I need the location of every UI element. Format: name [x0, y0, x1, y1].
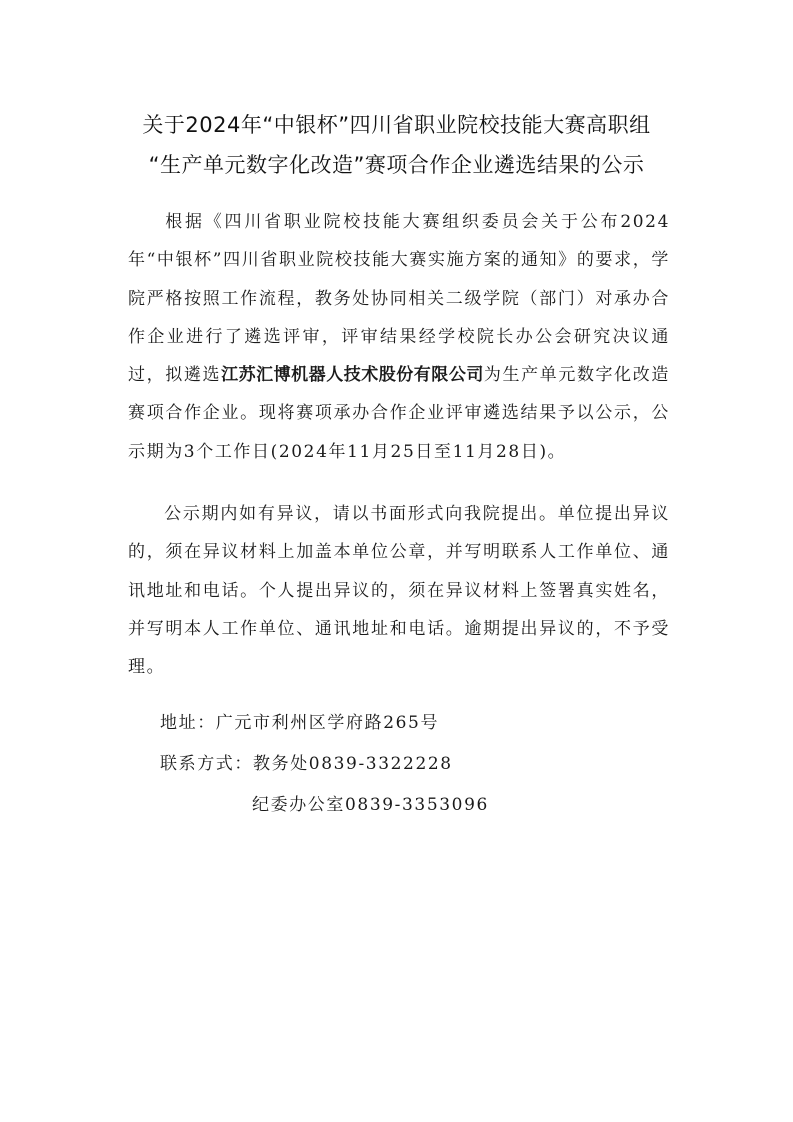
objection-text: 公示期内如有异议，请以书面形式向我院提出。单位提出异议的，须在异议材料上加盖本单…	[128, 504, 670, 677]
paragraph-text-before-company: 根据《四川省职业院校技能大赛组织委员会关于公布2024年“中银杯”四川省职业院校…	[128, 212, 670, 385]
document-title-line-1: 关于2024年“中银杯”四川省职业院校技能大赛高职组	[0, 109, 793, 139]
address-line: 地址：广元市利州区学府路265号	[160, 708, 439, 733]
document-title-line-2: “生产单元数字化改造”赛项合作企业遴选结果的公示	[0, 149, 793, 179]
contact-discipline-office: 纪委办公室0839-3353096	[252, 790, 489, 815]
selected-company-name: 江苏汇博机器人技术股份有限公司	[221, 365, 484, 385]
paragraph-announcement: 根据《四川省职业院校技能大赛组织委员会关于公布2024年“中银杯”四川省职业院校…	[128, 203, 670, 471]
document-page: 关于2024年“中银杯”四川省职业院校技能大赛高职组 “生产单元数字化改造”赛项…	[0, 0, 793, 1122]
paragraph-objection-notice: 公示期内如有异议，请以书面形式向我院提出。单位提出异议的，须在异议材料上加盖本单…	[128, 495, 670, 686]
contact-academic-affairs: 联系方式：教务处0839-3322228	[160, 749, 453, 774]
